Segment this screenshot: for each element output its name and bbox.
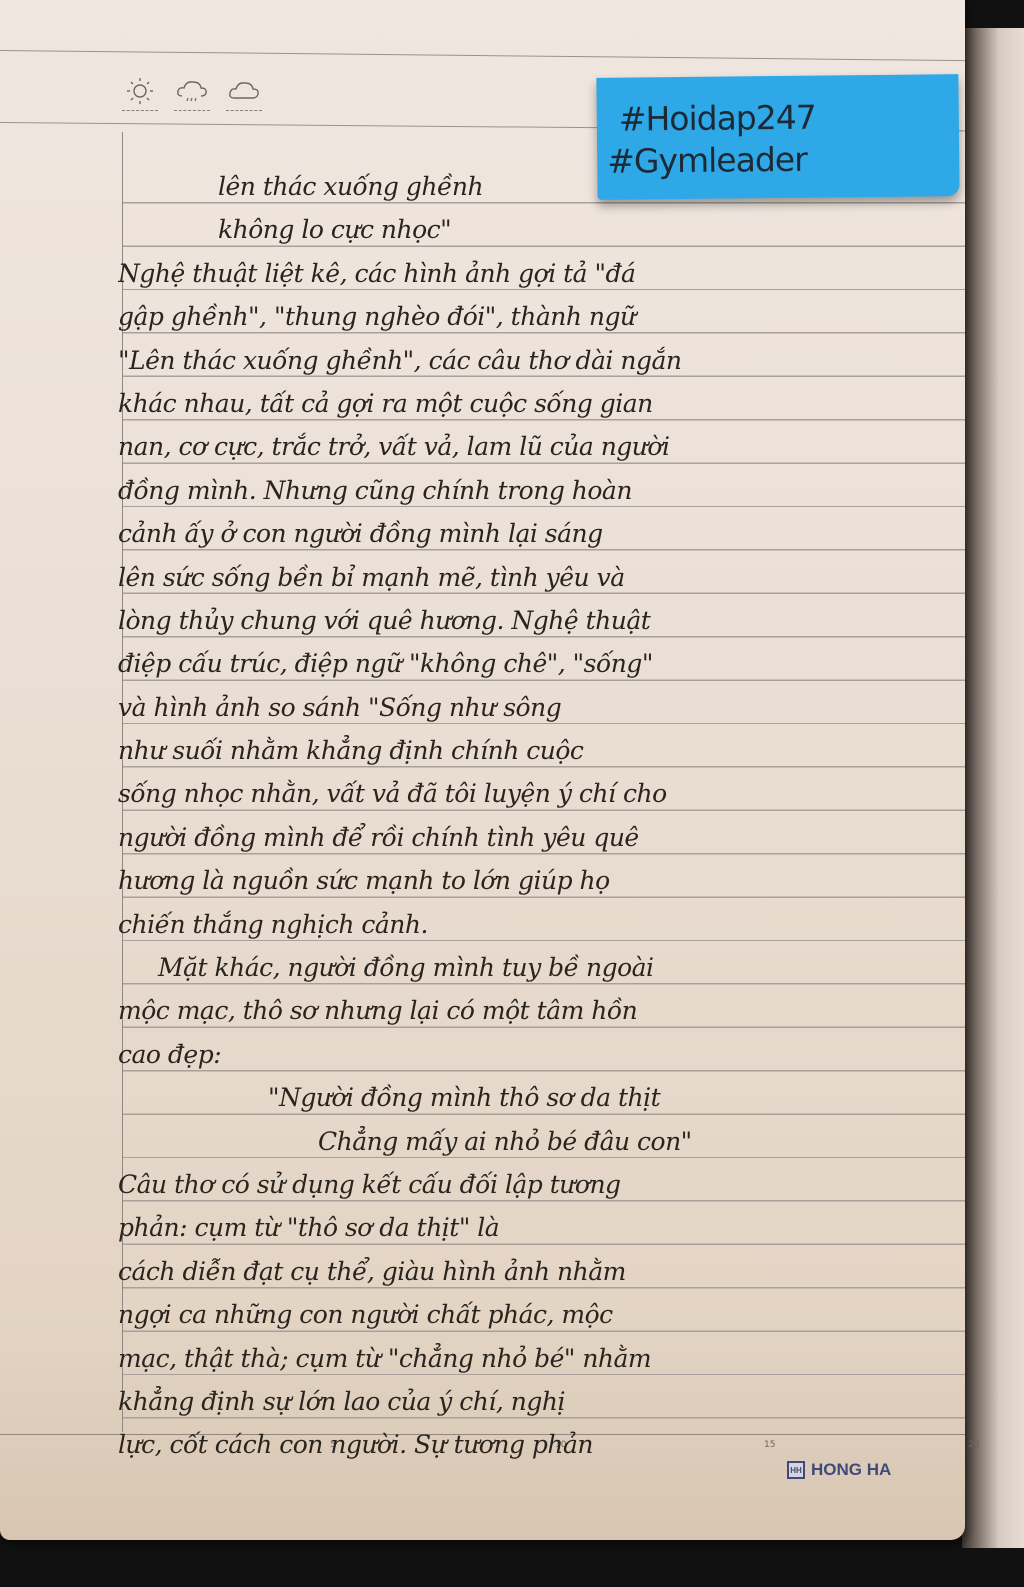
rain-cloud-icon: [174, 76, 210, 106]
text-line: chiến thắng nghịch cảnh.: [118, 903, 968, 946]
text-line: và hình ảnh so sánh "Sống như sông: [118, 686, 968, 729]
next-page-edge: [962, 28, 1024, 1548]
text-line: không lo cực nhọc": [118, 208, 968, 251]
text-line: người đồng mình để rồi chính tình yêu qu…: [118, 816, 968, 859]
tick-label: 20: [968, 1440, 979, 1450]
sun-icon: [122, 76, 158, 106]
text-line: nan, cơ cực, trắc trở, vất vả, lam lũ củ…: [118, 425, 968, 468]
sticky-tag: #Gymleader: [607, 140, 807, 181]
weather-blank: [122, 110, 158, 111]
quote-line: "Người đồng mình thô sơ da thịt: [118, 1076, 968, 1119]
text-line: cao đẹp:: [118, 1033, 968, 1076]
text-line: lòng thủy chung với quê hương. Nghệ thuậ…: [118, 599, 968, 642]
text-line: gập ghềnh", "thung nghèo đói", thành ngữ: [118, 295, 968, 338]
weather-blank: [226, 110, 262, 111]
text-line: Câu thơ có sử dụng kết cấu đối lập tương: [118, 1163, 968, 1206]
text-line: hương là nguồn sức mạnh to lớn giúp họ: [118, 859, 968, 902]
text-line: sống nhọc nhằn, vất vả đã tôi luyện ý ch…: [118, 772, 968, 815]
text-line: "Lên thác xuống ghềnh", các câu thơ dài …: [118, 339, 968, 382]
text-line: Mặt khác, người đồng mình tuy bề ngoài: [118, 946, 968, 989]
quote-line: Chẳng mấy ai nhỏ bé đâu con": [118, 1120, 968, 1163]
header-rule-top: [0, 50, 965, 61]
text-line: cách diễn đạt cụ thể, giàu hình ảnh nhằm: [118, 1250, 968, 1293]
sticky-tag: #Hoidap247: [619, 98, 816, 139]
weather-icons: [122, 76, 262, 111]
text-line: Nghệ thuật liệt kê, các hình ảnh gợi tả …: [118, 252, 968, 295]
text-line: đồng mình. Nhưng cũng chính trong hoàn: [118, 469, 968, 512]
text-line: ngợi ca những con người chất phác, mộc: [118, 1293, 968, 1336]
brand-logo-icon: HH: [787, 1461, 805, 1479]
text-line: cảnh ấy ở con người đồng mình lại sáng: [118, 512, 968, 555]
sticky-note: #Hoidap247 #Gymleader: [596, 74, 959, 200]
text-line: điệp cấu trúc, điệp ngữ "không chê", "số…: [118, 642, 968, 685]
text-line: như suối nhằm khẳng định chính cuộc: [118, 729, 968, 772]
notebook-page: 5 10 15 20 lên thác xuống ghềnh không lo…: [0, 0, 965, 1540]
brand-name: HONG HA: [811, 1460, 891, 1480]
text-line: khác nhau, tất cả gợi ra một cuộc sống g…: [118, 382, 968, 425]
text-line: phản: cụm từ "thô sơ da thịt" là: [118, 1206, 968, 1249]
text-line: mạc, thật thà; cụm từ "chẳng nhỏ bé" nhằ…: [118, 1337, 968, 1380]
brand-mark: HH HONG HA: [787, 1460, 891, 1480]
text-line: khẳng định sự lớn lao của ý chí, nghị: [118, 1380, 968, 1423]
handwritten-text: lên thác xuống ghềnh không lo cực nhọc" …: [118, 165, 968, 1467]
text-line: mộc mạc, thô sơ nhưng lại có một tâm hồn: [118, 989, 968, 1032]
cloud-icon: [226, 76, 262, 106]
text-line: lên sức sống bền bỉ mạnh mẽ, tình yêu và: [118, 556, 968, 599]
weather-blank: [174, 110, 210, 111]
